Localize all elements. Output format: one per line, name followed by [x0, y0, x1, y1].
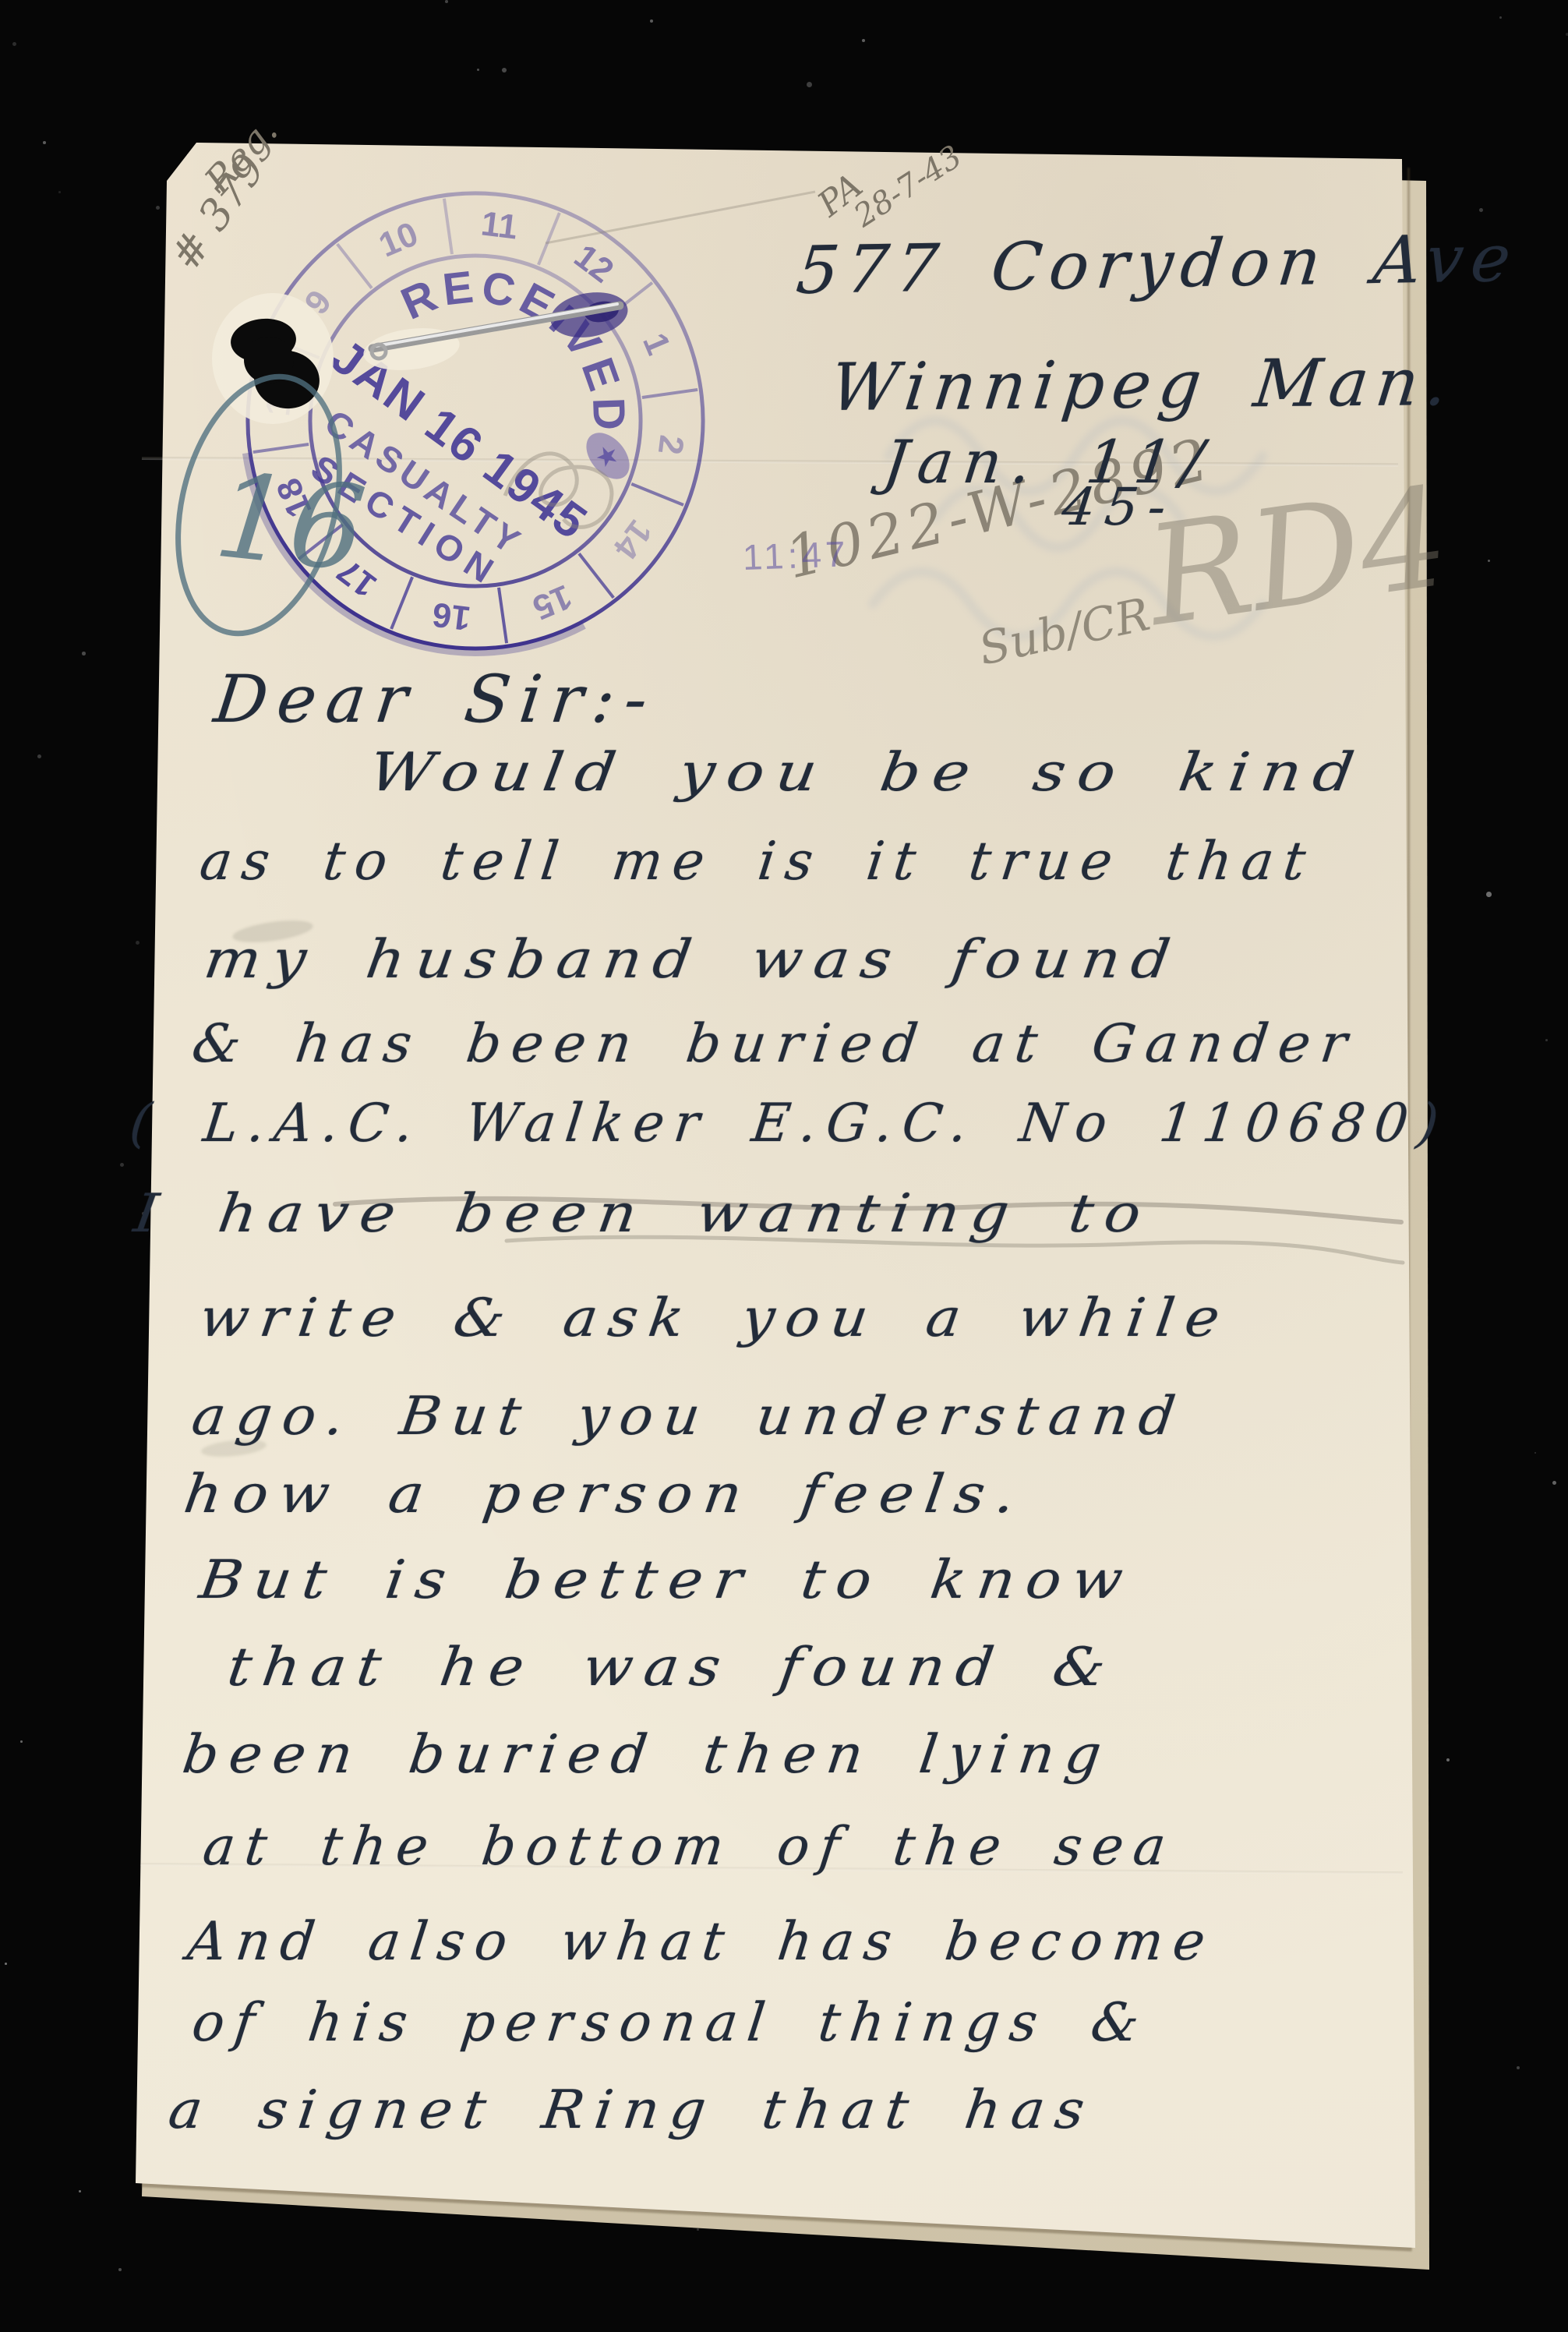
scanned-letter-canvas: 910111212141516171819 RECEIVED ★ JAN 16 … — [0, 0, 1568, 2332]
date-line-part2: 45- — [1059, 477, 1180, 537]
dust-speckle — [697, 2228, 699, 2231]
salutation: Dear Sir:- — [210, 661, 662, 737]
letter-line-4: & has been buried at Gander — [189, 1013, 1361, 1075]
dust-speckle — [120, 1163, 124, 1167]
letter-line-3: my husband was found — [200, 929, 1185, 991]
dust-speckle — [1545, 1039, 1548, 1041]
letter-line-14: And also what has become — [184, 1911, 1218, 1973]
dust-speckle — [502, 68, 507, 72]
dust-speckle — [79, 2190, 81, 2192]
dust-speckle — [862, 39, 865, 42]
letter-line-7: write & ask you a while — [196, 1288, 1234, 1349]
dust-speckle — [445, 0, 448, 3]
dust-speckle — [807, 82, 812, 87]
letter-line-12: been buried then lying — [179, 1724, 1115, 1786]
dust-speckle — [1534, 1452, 1536, 1454]
address-line1: 577 Corydon Ave — [793, 220, 1522, 309]
letter-line-5: ( L.A.C. Walker E.G.C. No 110680) — [126, 1093, 1451, 1154]
dust-speckle — [650, 19, 653, 23]
dust-speckle — [1517, 2066, 1520, 2069]
dust-speckle — [37, 754, 41, 758]
letter-line-15: of his personal things & — [189, 1992, 1153, 2054]
address-line2: Winnipeg Man. — [827, 344, 1460, 426]
dust-speckle — [1446, 1758, 1450, 1761]
dust-speckle — [136, 941, 139, 945]
letter-line-9: how a person feels. — [180, 1464, 1029, 1525]
letter-line-11: that he was found & — [224, 1637, 1120, 1698]
time-stamp-fragment: 11:47 — [742, 532, 850, 578]
dust-speckle — [477, 69, 479, 71]
dust-speckle — [20, 1740, 23, 1743]
dust-speckle — [12, 42, 16, 46]
dust-speckle — [1479, 208, 1483, 212]
letter-line-8: ago. But you understand — [189, 1386, 1189, 1447]
dust-speckle — [1552, 1481, 1556, 1485]
letter-line-13: at the bottom of the sea — [200, 1816, 1179, 1878]
letter-line-1: Would you be so kind — [366, 742, 1370, 804]
dust-speckle — [156, 206, 160, 210]
dust-speckle — [1488, 560, 1490, 562]
letter-line-2: as to tell me is it true that — [196, 831, 1319, 892]
dust-speckle — [5, 1963, 7, 1965]
letter-line-16: a signet Ring that has — [165, 2079, 1099, 2141]
dust-speckle — [1499, 16, 1502, 19]
letter-line-6: I have been wanting to — [130, 1183, 1156, 1245]
dust-speckle — [82, 652, 86, 655]
dust-speckle — [43, 141, 46, 144]
dust-speckle — [1486, 892, 1492, 897]
letter-line-10: But is better to know — [196, 1549, 1137, 1611]
dust-speckle — [58, 191, 61, 193]
dust-speckle — [118, 2268, 122, 2271]
